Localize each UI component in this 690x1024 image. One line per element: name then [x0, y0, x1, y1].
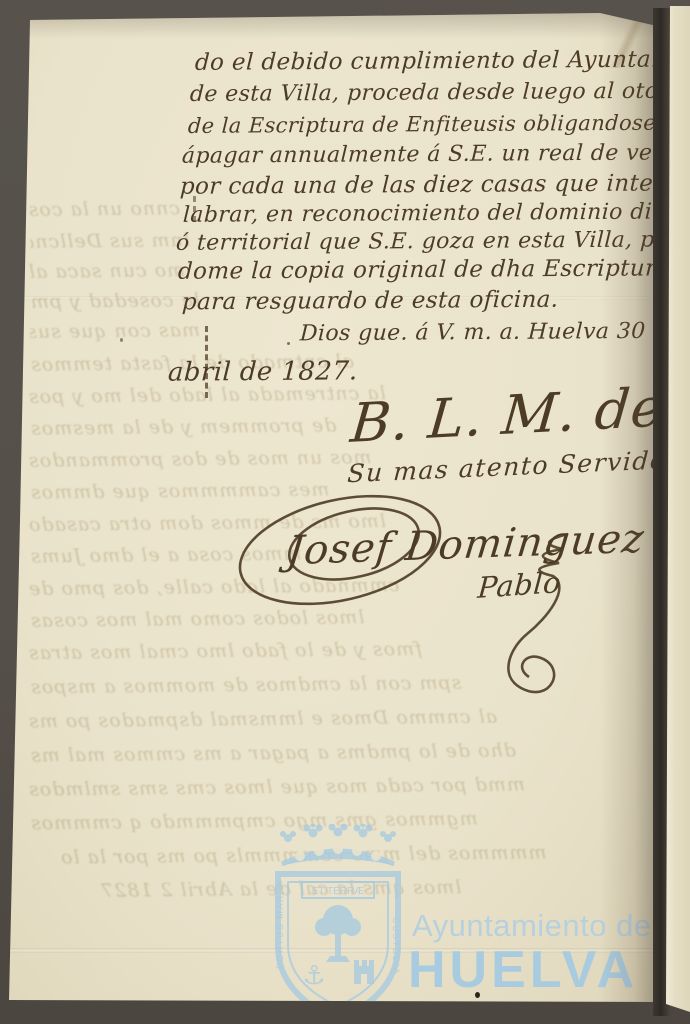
shield-banner-text: ET TERRÆ — [312, 886, 364, 897]
dateline: abril de 1827. — [167, 356, 358, 387]
bleedthrough-line: mgmmos gms mgo cmpmmmdo q cmmmos — [30, 808, 478, 835]
svg-text:⚓: ⚓ — [302, 961, 325, 991]
tower-icon — [354, 960, 374, 984]
bleedthrough-line: cnno un la cosdad — [30, 197, 180, 221]
signature-flourish — [228, 478, 608, 728]
body-line: para resguardo de esta oficina. — [181, 287, 559, 316]
bleedthrough-line: mos un mos de dos prommandos — [28, 446, 372, 472]
shield-left-text: PORTUS MARIS — [275, 883, 285, 969]
bleedthrough-line: mas con que sus el — [30, 319, 200, 343]
shield-right-text: CUSTODIA — [391, 917, 401, 975]
huelva-coat-of-arms: ET TERRÆ ⚓ PORTUS MARIS CUSTODIA — [266, 824, 410, 1024]
document-scan: cnno un la cosdadlnm sus Dellcnasmo cun … — [0, 0, 690, 1024]
paper-speck — [287, 342, 290, 345]
crown-icon — [280, 824, 396, 842]
bleedthrough-line: dho de lo pmdms a pagar a ms cmmos mal m… — [30, 739, 516, 766]
bleedthrough-line: mmd por cada mos que lmos cms sms smlmdo… — [28, 773, 525, 800]
bleedthrough-line: lnm sus Dellcnas — [30, 229, 190, 253]
marginal-dash-mark — [193, 196, 196, 222]
bleedthrough-line: la cosedad y pmos — [30, 289, 200, 313]
letter-page: cnno un la cosdadlnm sus Dellcnasmo cun … — [0, 0, 690, 1024]
bleedthrough-line: mo cun saca al — [28, 259, 185, 283]
tree-icon — [315, 905, 361, 962]
anchor-icon: ⚓ — [302, 961, 325, 991]
bleedthrough-line: de prommem y de la mesmos — [30, 414, 337, 439]
paper-speck — [475, 992, 480, 998]
signature-surname: Pablo — [476, 565, 562, 605]
paper-speck — [120, 338, 123, 342]
adjacent-page-edge — [666, 6, 690, 1012]
body-line: dome la copia original de dha Escriptura — [177, 255, 671, 284]
